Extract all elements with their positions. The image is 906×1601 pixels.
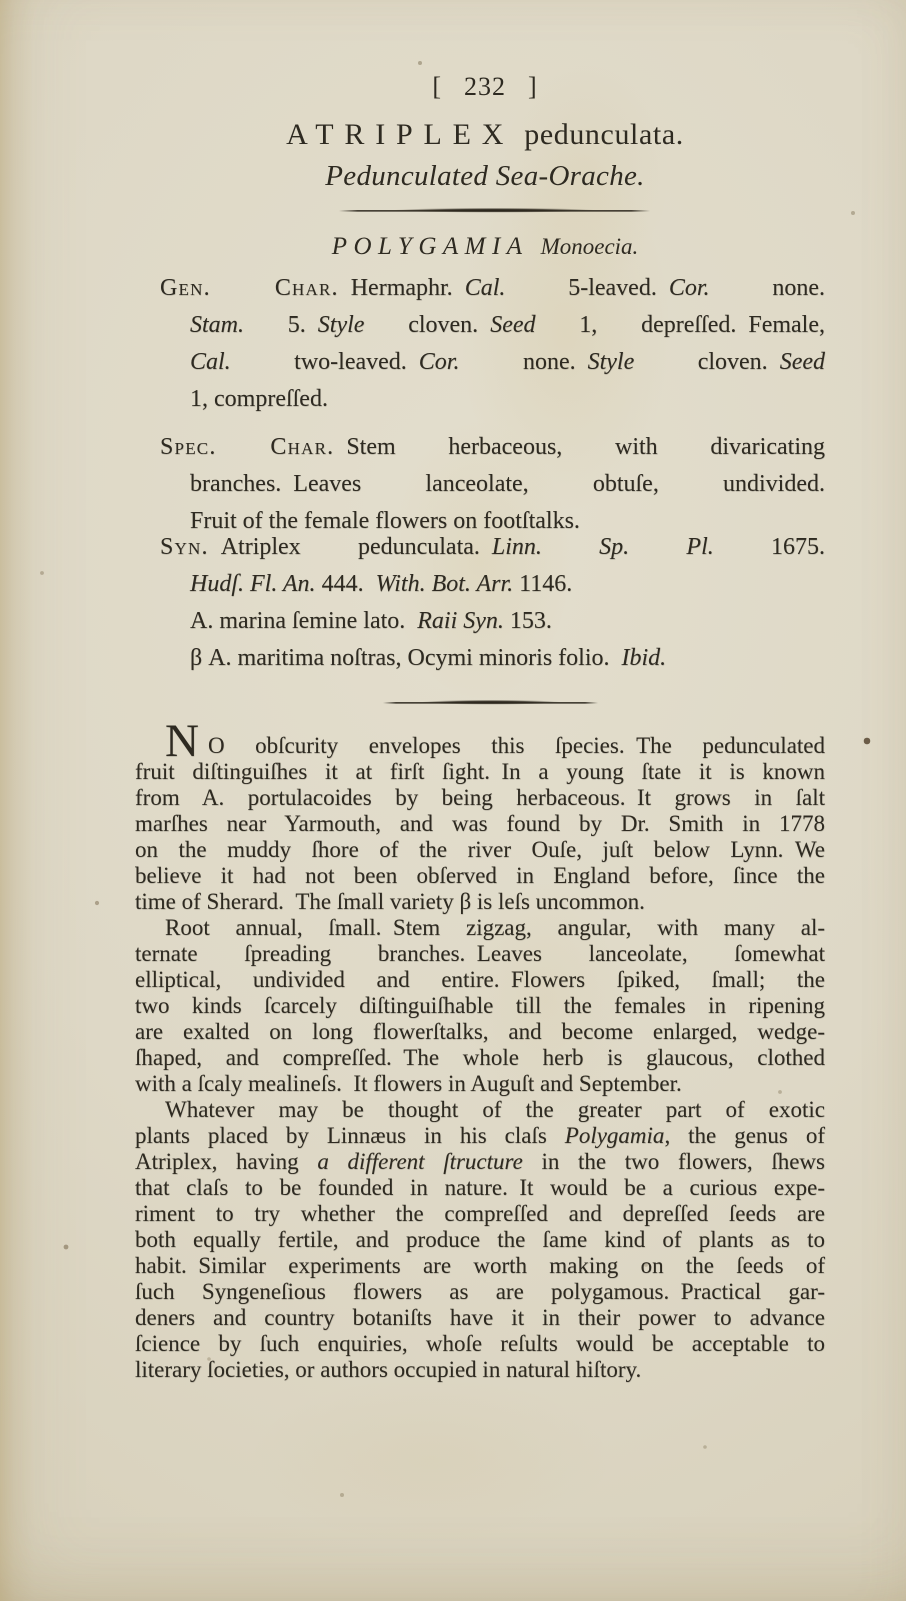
description-body: NO obſcurity envelopes this ſpecies. The… xyxy=(135,733,825,1383)
rule-stroke xyxy=(383,700,598,705)
linnaean-order: Monoecia. xyxy=(541,234,639,259)
roman-text: 1, compreſſed. xyxy=(190,386,328,412)
roman-text: O obſcurity envelopes this ſpecies. The … xyxy=(208,733,825,758)
roman-text: ſhaped, and compreſſed. The whole herb i… xyxy=(135,1045,825,1070)
roman-text: A. marina ſemine lato. xyxy=(190,608,417,634)
text-line: on the muddy ſhore of the river Ouſe, ju… xyxy=(135,837,825,863)
text-line: NO obſcurity envelopes this ſpecies. The… xyxy=(165,733,825,759)
italic-text: Seed xyxy=(780,349,825,375)
text-line: believe it had not been obſerved in Engl… xyxy=(135,863,825,889)
italic-text: Seed xyxy=(490,312,535,338)
roman-text: are exalted on long flowerſtalks, and be… xyxy=(135,1019,825,1044)
roman-text: ſuch Syngeneſious flowers as are polygam… xyxy=(135,1279,825,1304)
roman-text: Root annual, ſmall. Stem zigzag, angular… xyxy=(165,915,825,940)
roman-text: none. xyxy=(710,275,825,301)
text-line: elliptical, undivided and entire. Flower… xyxy=(135,967,825,993)
text-line: are exalted on long flowerſtalks, and be… xyxy=(135,1019,825,1045)
text-line: branches. Leaves lanceolate, obtuſe, und… xyxy=(190,466,825,503)
roman-text: ſcience by ſuch enquiries, whoſe reſults… xyxy=(135,1331,825,1356)
italic-text: With. Bot. Arr. xyxy=(376,571,514,597)
italic-text: Linn. Sp. Pl. xyxy=(492,534,714,560)
italic-text: Stam. xyxy=(190,312,244,338)
text-line: riment to try whether the compreſſed and… xyxy=(135,1201,825,1227)
specific-character-section: Spec. Char. Stem herbaceous, with divari… xyxy=(160,429,825,540)
roman-text: Atriplex pedunculata. xyxy=(209,534,492,560)
roman-text: cloven. xyxy=(634,349,779,375)
italic-text: Style xyxy=(318,312,365,338)
page-number: 232 xyxy=(464,72,506,101)
text-line: 1, compreſſed. xyxy=(190,381,825,418)
text-line: Root annual, ſmall. Stem zigzag, angular… xyxy=(165,915,825,941)
common-name-heading: Pedunculated Sea-Orache. xyxy=(140,156,830,196)
italic-text: Polygamia xyxy=(565,1123,665,1148)
roman-text: deners and country botaniſts have it in … xyxy=(135,1305,825,1330)
linnaean-class: POLYGAMIA xyxy=(332,233,529,260)
roman-text: on the muddy ſhore of the river Ouſe, ju… xyxy=(135,837,825,862)
generic-character-section: Gen. Char. Hermaphr. Cal. 5-leaved. Cor.… xyxy=(160,270,825,418)
italic-text: Raii Syn. xyxy=(417,608,504,634)
italic-text: Hudſ. Fl. An. xyxy=(190,571,316,597)
text-line: Whatever may be thought of the greater p… xyxy=(165,1097,825,1123)
italic-text: Cor. xyxy=(669,275,710,301)
text-line: Syn. Atriplex pedunculata. Linn. Sp. Pl.… xyxy=(160,529,825,566)
roman-text: Whatever may be thought of the greater p… xyxy=(165,1097,825,1122)
italic-text: Style xyxy=(588,349,635,375)
roman-text: believe it had not been obſerved in Engl… xyxy=(135,863,825,888)
roman-text: from A. portulacoides by being herbaceou… xyxy=(135,785,825,810)
text-line: two kinds ſcarcely diſtinguiſhable till … xyxy=(135,993,825,1019)
roman-text: elliptical, undivided and entire. Flower… xyxy=(135,967,825,992)
roman-text: literary ſocieties, or authors occupied … xyxy=(135,1357,641,1382)
roman-text: riment to try whether the compreſſed and… xyxy=(135,1201,825,1226)
text-line: habit. Similar experiments are worth mak… xyxy=(135,1253,825,1279)
italic-text: Cal. xyxy=(190,349,231,375)
text-line: Atriplex, having a different ſtructure i… xyxy=(135,1149,825,1175)
roman-text: plants placed by Linnæus in his claſs xyxy=(135,1123,565,1148)
roman-text: , the genus of xyxy=(664,1123,825,1148)
text-line: both equally fertile, and produce the ſa… xyxy=(135,1227,825,1253)
species-epithet: pedunculata. xyxy=(524,118,684,151)
text-line: deners and country botaniſts have it in … xyxy=(135,1305,825,1331)
paper-specks xyxy=(0,0,2,2)
roman-text: 1, depreſſed. Female, xyxy=(536,312,826,338)
ornamental-rule-middle xyxy=(383,700,598,705)
roman-text: 444. xyxy=(316,571,376,597)
text-line: β A. maritima noſtras, Ocymi minoris fol… xyxy=(190,640,825,677)
text-line: marſhes near Yarmouth, and was found by … xyxy=(135,811,825,837)
roman-text: ternate ſpreading branches. Leaves lance… xyxy=(135,941,825,966)
italic-text: Cal. xyxy=(465,275,506,301)
text-line: Spec. Char. Stem herbaceous, with divari… xyxy=(160,429,825,466)
folio-close-bracket: ] xyxy=(528,72,538,101)
small-caps-label: Gen. Char. xyxy=(160,275,339,301)
roman-text: 1146. xyxy=(513,571,572,597)
small-caps-label: Syn. xyxy=(160,534,209,560)
text-line: ternate ſpreading branches. Leaves lance… xyxy=(135,941,825,967)
roman-text: two kinds ſcarcely diſtinguiſhable till … xyxy=(135,993,825,1018)
text-line: fruit diſtinguiſhes it at firſt ſight. I… xyxy=(135,759,825,785)
text-line: Stam. 5. Style cloven. Seed 1, depreſſed… xyxy=(190,307,825,344)
folio-open-bracket: [ xyxy=(432,72,442,101)
text-line: time of Sherard. The ſmall variety β is … xyxy=(135,889,825,915)
roman-text: Stem herbaceous, with divaricating xyxy=(334,434,825,460)
species-heading: ATRIPLEXpedunculata. xyxy=(140,114,830,156)
roman-text: Atriplex, having xyxy=(135,1149,317,1174)
text-line: ſhaped, and compreſſed. The whole herb i… xyxy=(135,1045,825,1071)
text-line: with a ſcaly mealineſs. It flowers in Au… xyxy=(135,1071,825,1097)
book-page-scan: [232] ATRIPLEXpedunculata. Pedunculated … xyxy=(0,0,906,1601)
text-line: Cal. two-leaved. Cor. none. Style cloven… xyxy=(190,344,825,381)
text-line: from A. portulacoides by being herbaceou… xyxy=(135,785,825,811)
folio-line: [232] xyxy=(140,70,830,104)
roman-text: 5-leaved. xyxy=(505,275,668,301)
roman-text: none. xyxy=(459,349,587,375)
ornamental-rule-top xyxy=(339,208,650,213)
roman-text: fruit diſtinguiſhes it at firſt ſight. I… xyxy=(135,759,825,784)
text-line: Hudſ. Fl. An. 444. With. Bot. Arr. 1146. xyxy=(190,566,825,603)
italic-text: Ibid. xyxy=(621,645,666,671)
text-line: ſuch Syngeneſious flowers as are polygam… xyxy=(135,1279,825,1305)
roman-text: 1675. xyxy=(714,534,825,560)
roman-text: Hermaphr. xyxy=(339,275,465,301)
genus-name: ATRIPLEX xyxy=(286,118,514,151)
roman-text: β A. maritima noſtras, Ocymi minoris fol… xyxy=(190,645,621,671)
text-line: plants placed by Linnæus in his claſs Po… xyxy=(135,1123,825,1149)
roman-text: with a ſcaly mealineſs. It flowers in Au… xyxy=(135,1071,682,1096)
roman-text: 153. xyxy=(504,608,552,634)
roman-text: in the two flowers, ſhews xyxy=(523,1149,825,1174)
text-line: A. marina ſemine lato. Raii Syn. 153. xyxy=(190,603,825,640)
roman-text: habit. Similar experiments are worth mak… xyxy=(135,1253,825,1278)
rule-stroke xyxy=(339,208,650,213)
roman-text: cloven. xyxy=(364,312,490,338)
text-line: ſcience by ſuch enquiries, whoſe reſults… xyxy=(135,1331,825,1357)
text-line: literary ſocieties, or authors occupied … xyxy=(135,1357,825,1383)
roman-text: 5. xyxy=(244,312,318,338)
roman-text: both equally fertile, and produce the ſa… xyxy=(135,1227,825,1252)
class-order-line: POLYGAMIAMonoecia. xyxy=(140,229,830,265)
small-caps-label: Spec. Char. xyxy=(160,434,334,460)
roman-text: time of Sherard. The ſmall variety β is … xyxy=(135,889,645,914)
italic-text: Cor. xyxy=(419,349,460,375)
roman-text: marſhes near Yarmouth, and was found by … xyxy=(135,811,825,836)
text-line: Gen. Char. Hermaphr. Cal. 5-leaved. Cor.… xyxy=(160,270,825,307)
roman-text: that claſs to be founded in nature. It w… xyxy=(135,1175,825,1200)
italic-text: a different ſtructure xyxy=(317,1149,523,1174)
synonyms-section: Syn. Atriplex pedunculata. Linn. Sp. Pl.… xyxy=(160,529,825,677)
text-line: that claſs to be founded in nature. It w… xyxy=(135,1175,825,1201)
roman-text: branches. Leaves lanceolate, obtuſe, und… xyxy=(190,471,825,497)
roman-text: two-leaved. xyxy=(231,349,419,375)
